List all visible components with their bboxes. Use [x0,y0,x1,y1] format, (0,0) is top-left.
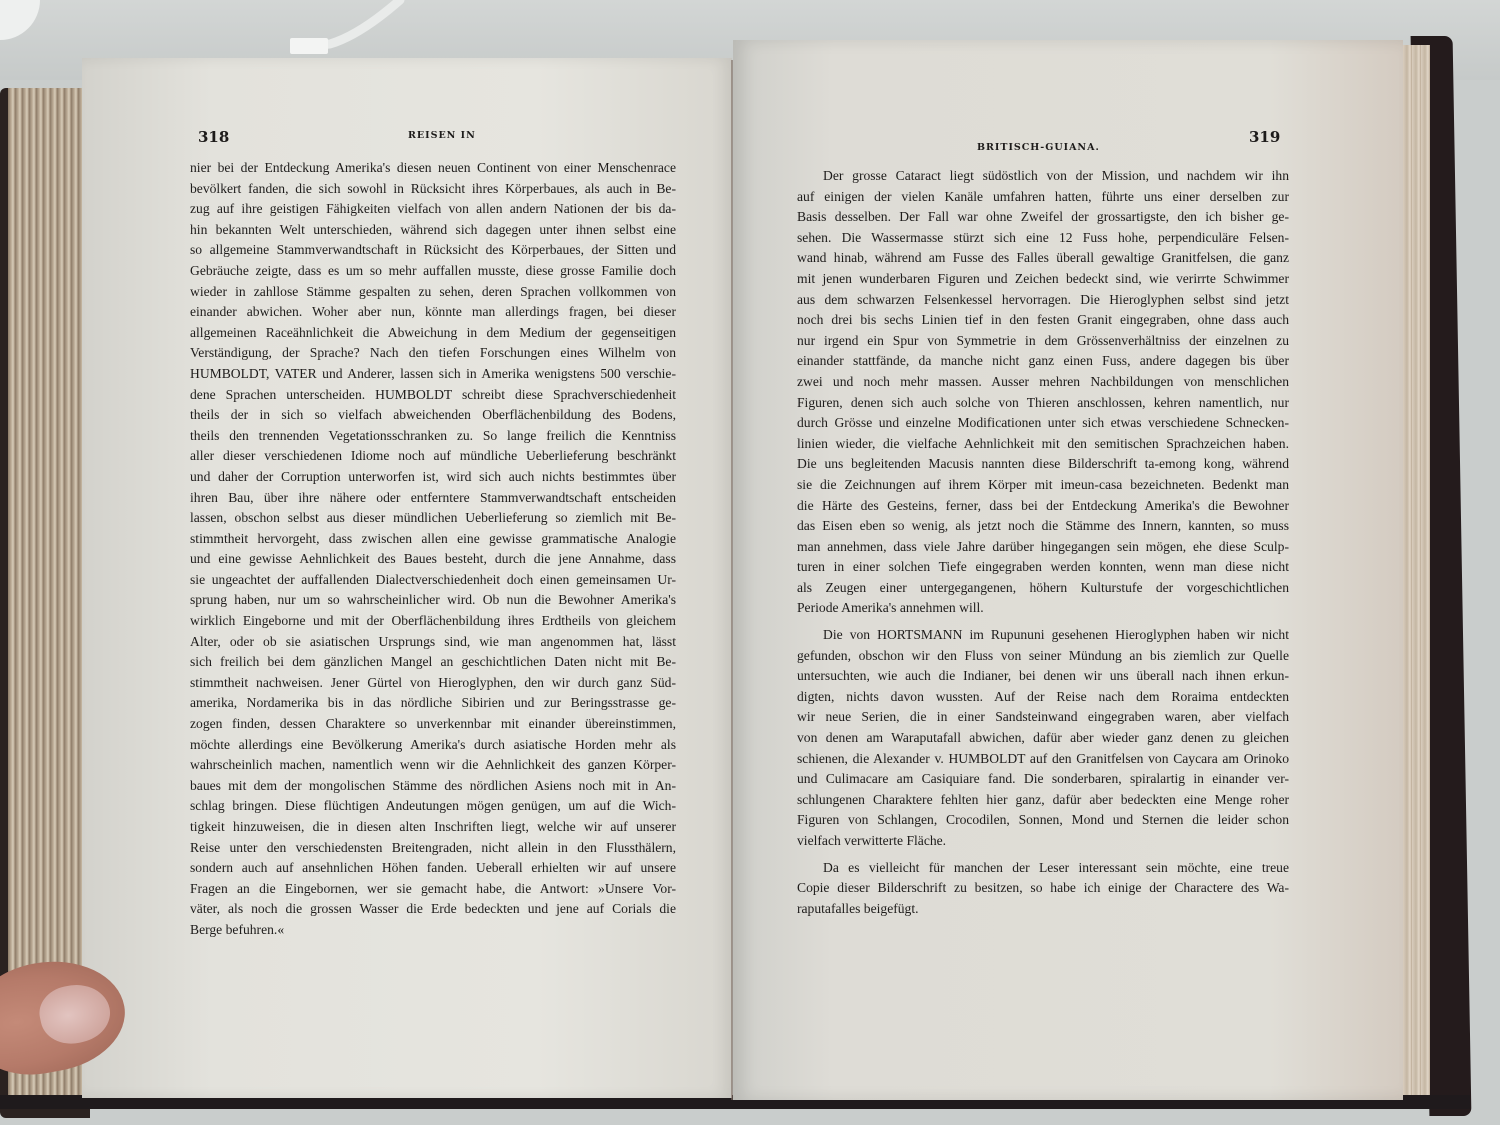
running-head: BRITISCH-GUIANA. [977,142,1100,153]
text-line: Verständigung, der Sprache? Nach den tie… [190,343,676,364]
running-head: REISEN IN [408,130,476,141]
text-line: nur irgend ein Spur von Symmetrie in dem… [797,331,1289,352]
text-line: noch drei bis sechs Linien tief in den f… [797,310,1289,331]
text-line: wieder in zahllose Stämme gespalten zu s… [190,282,676,303]
text-line: Gebräuche zeigte, dass es um so mehr auf… [190,261,676,282]
text-line: dene Sprachen unterscheiden. HUMBOLDT sc… [190,385,676,406]
text-line: theils der in sich so vielfach abweichen… [190,405,676,426]
text-line: untersuchten, wie auch die Indianer, bei… [797,666,1289,687]
text-line: sondern auch auf ansehnlichen Höhen fand… [190,858,676,879]
text-line: und Culimacare am Casiquiare fand. Die s… [797,769,1289,790]
page-number: 319 [1249,128,1280,146]
text-line: Berge befuhren.« [190,920,676,941]
text-line: so allgemeine Stammverwandtschaft in Rüc… [190,240,676,261]
body-text: Der grosse Cataract liegt südöstlich von… [797,166,1289,919]
text-line: Reise unter den verschiedensten Breiteng… [190,838,676,859]
text-line: stimmtheit nachweisen. Jener Gürtel von … [190,673,676,694]
text-line: nier bei der Entdeckung Amerika's diesen… [190,158,676,179]
text-line: bevölkert fanden, die sich sowohl in Rüc… [190,179,676,200]
text-line: sie ungeachtet der auffallenden Dialectv… [190,570,676,591]
page-edges-left [8,88,86,1098]
text-line: möchte allerdings eine Bevölkerung Ameri… [190,735,676,756]
text-line: stimmtheit hervorgeht, dass zwischen all… [190,529,676,550]
text-line: zogen finden, dessen Charaktere so unver… [190,714,676,735]
text-line: die Härte des Gesteins, ferner, dass bei… [797,496,1289,517]
text-line: schienen, die Alexander v. HUMBOLDT auf … [797,749,1289,770]
text-line: und eine gewisse Aehnlichkeit des Baues … [190,549,676,570]
text-line: zug auf ihre geistigen Fähigkeiten vielf… [190,199,676,220]
text-line: Der grosse Cataract liegt südöstlich von… [797,166,1289,187]
text-line: schlungenen Charaktere fehlten hier ganz… [797,790,1289,811]
text-line: einander abwichen. Woher aber nun, könnt… [190,302,676,323]
right-page[interactable]: BRITISCH-GUIANA. 319 Der grosse Cataract… [733,40,1403,1100]
text-line: ihren Bau, über ihre nähere oder entfern… [190,488,676,509]
text-line: sie die Zeichnungen auf ihrem Körper mit… [797,475,1289,496]
text-line: baues mit dem der mongolischen Stämme de… [190,776,676,797]
text-line: wir neue Serien, die in einer Sandsteinw… [797,707,1289,728]
text-line: lassen, obschon selbst aus dieser mündli… [190,508,676,529]
text-line: HUMBOLDT, VATER und Anderer, lassen sich… [190,364,676,385]
text-line: Fragen an die Eingebornen, wer sie gemac… [190,879,676,900]
text-line: hin bekannten Welt unterschieden, währen… [190,220,676,241]
text-line: von denen am Waraputafall abwichen, dafü… [797,728,1289,749]
text-line: zwei und noch mehr massen. Ausser mehren… [797,372,1289,393]
text-line: sprung haben, nur um so wahrscheinlicher… [190,590,676,611]
text-line: theils den trennenden Vegetationsschrank… [190,426,676,447]
text-line: das Eisen eben so wenig, als jetzt noch … [797,516,1289,537]
text-line: Die uns begleitenden Macusis nannten die… [797,454,1289,475]
text-line: man annehmen, dass viele Jahre darüber h… [797,537,1289,558]
text-line: schlag bringen. Diese flüchtigen Andeutu… [190,796,676,817]
text-line: turen in einer solchen Tiefe eingegraben… [797,557,1289,578]
left-page[interactable]: 318 REISEN IN nier bei der Entdeckung Am… [82,58,732,1098]
cable [290,0,410,55]
text-line: auf einigen der vielen Kanäle umfahren h… [797,187,1289,208]
text-line: wahrscheinlich machen, namentlich wenn w… [190,755,676,776]
text-line: Alter, oder ob sie asiatischen Ursprungs… [190,632,676,653]
text-line: amerika, Nordamerika bis in das nördlich… [190,693,676,714]
text-line: tigkeit hinzuweisen, die in diesen alten… [190,817,676,838]
text-line: aus dem schwarzen Felsenkessel hervorrag… [797,290,1289,311]
text-line: als Zeugen einer untergegangenen, höhern… [797,578,1289,599]
text-line: durch Grösse und einzelne Modificationen… [797,413,1289,434]
page-number: 318 [198,128,229,146]
text-line: Figuren von Schlangen, Crocodilen, Sonne… [797,810,1289,831]
text-line: digten, nichts davon wussten. Auf der Re… [797,687,1289,708]
text-line: aller dieser verschiedenen Idiome noch a… [190,446,676,467]
text-line: raputafalles beigefügt. [797,899,1289,920]
text-line: und daher der Corruption unterworfen ist… [190,467,676,488]
text-line: Da es vielleicht für manchen der Leser i… [797,858,1289,879]
text-line: Periode Amerika's annehmen will. [797,598,1289,619]
text-line: allgemeinen Raceähnlichkeit die Abweichu… [190,323,676,344]
text-line: wirklich Eingeborne und mit der Oberfläc… [190,611,676,632]
text-line: einander stattfände, da manche nicht gan… [797,351,1289,372]
text-line: Figuren, denen sich auch solche von Thie… [797,393,1289,414]
text-line: vielfach verwitterte Fläche. [797,831,1289,852]
text-line: gefunden, obschon wir den Fluss von sein… [797,646,1289,667]
text-line: sich freilich bei dem gänzlichen Mangel … [190,652,676,673]
text-line: linien wieder, die vielfache Aehnlichkei… [797,434,1289,455]
text-line: mit jenen wunderbaren Figuren und Zeiche… [797,269,1289,290]
text-line: Copie dieser Bilderschrift zu besitzen, … [797,878,1289,899]
text-line: wand hinab, während am Fusse des Falles … [797,248,1289,269]
text-line: väter, als noch die grossen Wasser die E… [190,899,676,920]
body-text: nier bei der Entdeckung Amerika's diesen… [190,158,676,941]
text-line: sehen. Die Wassermasse stürzt sich eine … [797,228,1289,249]
text-line: Die von HORTSMANN im Rupununi gesehenen … [797,625,1289,646]
text-line: Basis desselben. Der Fall war ohne Zweif… [797,207,1289,228]
